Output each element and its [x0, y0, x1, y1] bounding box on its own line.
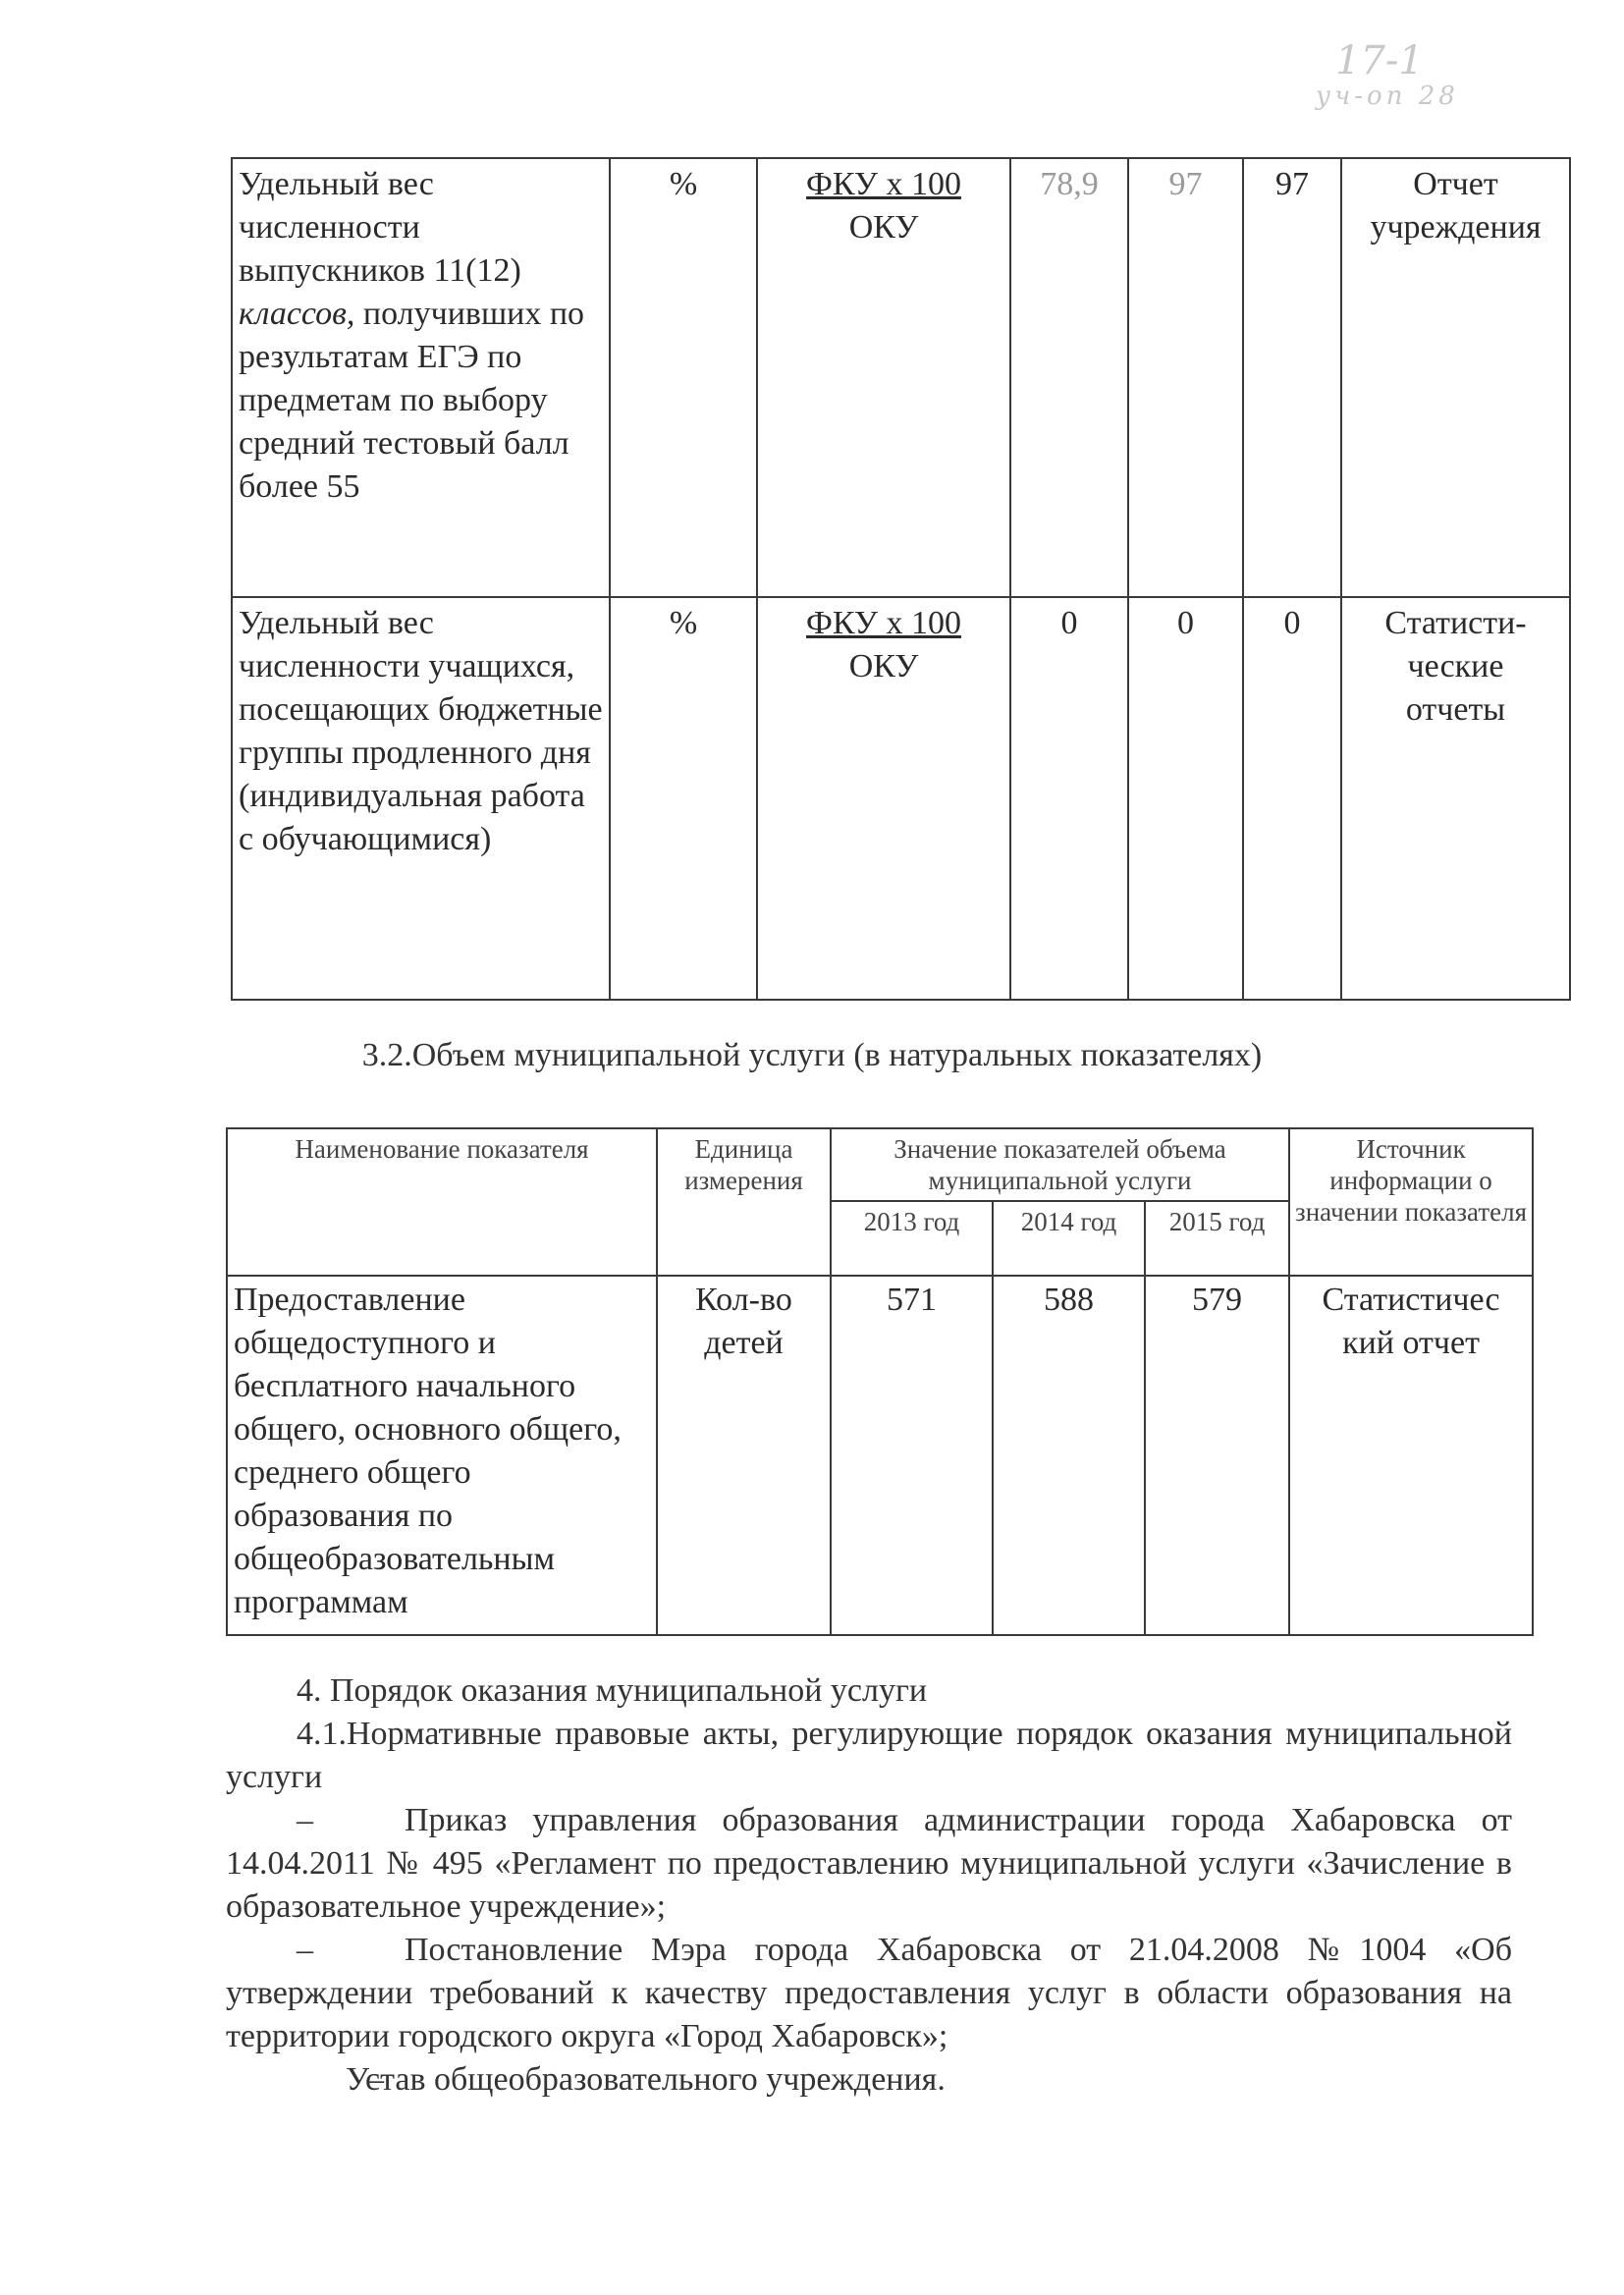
value-cell: 571	[831, 1276, 993, 1635]
section-title-3-2: 3.2.Объем муниципальной услуги (в натура…	[0, 1037, 1624, 1074]
source-cell: Отчет учреждения	[1341, 158, 1570, 597]
source-cell: Статистичес кий отчет	[1289, 1276, 1533, 1635]
volume-indicators-table: Наименование показателя Единица измерени…	[226, 1127, 1534, 1636]
formula-cell: ФКУ х 100 ОКУ	[757, 597, 1010, 1000]
unit-cell: %	[610, 597, 757, 1000]
value-cell: 97	[1243, 158, 1341, 597]
formula-denominator: ОКУ	[849, 209, 919, 246]
handwritten-note: 17-1 уч-оп 28	[1316, 39, 1459, 111]
value-cell: 579	[1145, 1276, 1289, 1635]
formula-numerator: ФКУ х 100	[764, 602, 1003, 645]
header-year: 2015 год	[1145, 1201, 1289, 1276]
header-year: 2013 год	[831, 1201, 993, 1276]
dash-bullet: –	[297, 1799, 405, 1842]
list-item: –Устав общеобразовательного учреждения.	[226, 2058, 1512, 2102]
table-row: Удельный вес численности выпускников 11(…	[232, 158, 1570, 597]
header-source: Источник информации о значении показател…	[1289, 1128, 1533, 1276]
value-cell: 0	[1010, 597, 1128, 1000]
header-year: 2014 год	[993, 1201, 1145, 1276]
unit-cell: %	[610, 158, 757, 597]
table-header-row: Наименование показателя Единица измерени…	[227, 1128, 1533, 1201]
unit-cell: Кол-во детей	[657, 1276, 831, 1635]
formula-cell: ФКУ х 100 ОКУ	[757, 158, 1010, 597]
value-cell: 97	[1128, 158, 1243, 597]
formula-denominator: ОКУ	[849, 648, 919, 684]
source-cell: Статисти-ческие отчеты	[1341, 597, 1570, 1000]
dash-bullet: –	[297, 2058, 346, 2102]
handwritten-note-line1: 17-1	[1335, 39, 1459, 82]
section-4: 4. Порядок оказания муниципальной услуги…	[226, 1669, 1512, 2102]
section-4-heading: 4. Порядок оказания муниципальной услуги	[226, 1669, 1512, 1713]
indicator-name: Удельный вес численности выпускников 11(…	[232, 158, 610, 597]
section-4-1-heading: 4.1.Нормативные правовые акты, регулирую…	[226, 1713, 1512, 1799]
value-cell: 78,9	[1010, 158, 1128, 597]
list-item: –Приказ управления образования администр…	[226, 1799, 1512, 1929]
dash-bullet: –	[297, 1929, 405, 1972]
formula-numerator: ФКУ х 100	[764, 163, 1003, 206]
value-cell: 0	[1243, 597, 1341, 1000]
quality-indicators-table: Удельный вес численности выпускников 11(…	[231, 157, 1571, 1001]
indicator-name: Предоставление общедоступного и бесплатн…	[227, 1276, 657, 1635]
header-unit: Единица измерения	[657, 1128, 831, 1276]
table-row: Удельный вес численности учащихся, посещ…	[232, 597, 1570, 1000]
header-values-group: Значение показателей объема муниципально…	[831, 1128, 1289, 1201]
indicator-name: Удельный вес численности учащихся, посещ…	[232, 597, 610, 1000]
value-cell: 588	[993, 1276, 1145, 1635]
header-name: Наименование показателя	[227, 1128, 657, 1276]
list-item: –Постановление Мэра города Хабаровска от…	[226, 1929, 1512, 2058]
value-cell: 0	[1128, 597, 1243, 1000]
table-row: Предоставление общедоступного и бесплатн…	[227, 1276, 1533, 1635]
handwritten-note-line2: уч-оп 28	[1316, 82, 1459, 111]
